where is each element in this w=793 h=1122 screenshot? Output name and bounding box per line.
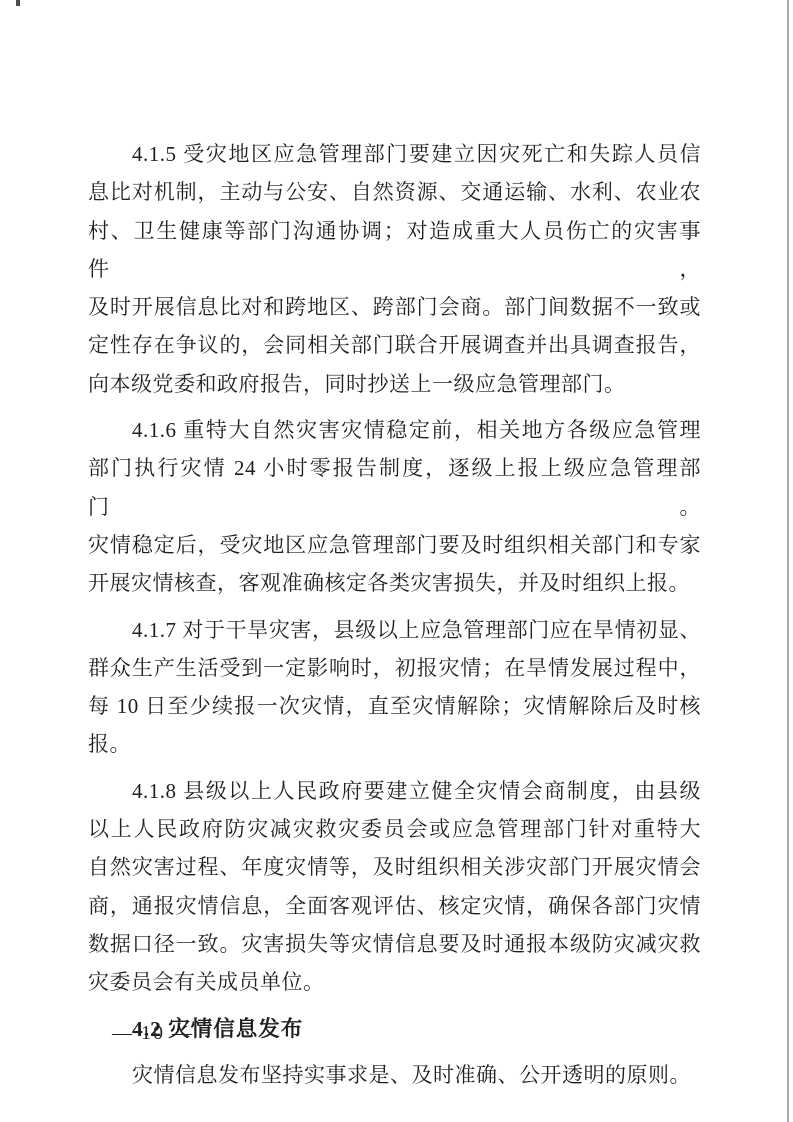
text-line: 数据口径一致。灾害损失等灾情信息要及时通报本级防灾减灾救	[88, 925, 701, 963]
text-line: 息比对机制，主动与公安、自然资源、交通运输、水利、农业农	[88, 173, 701, 211]
text-line: 群众生产生活受到一定影响时，初报灾情；在旱情发展过程中，	[88, 649, 701, 687]
text-line: 开展灾情核查，客观准确核定各类灾害损失，并及时组织上报。	[88, 564, 701, 602]
paragraph-4.1.6: 4.1.6 重特大自然灾害灾情稳定前，相关地方各级应急管理部门执行灾情 24 小…	[88, 411, 701, 602]
text-line: 部门执行灾情 24 小时零报告制度，逐级上报上级应急管理部门。	[88, 449, 701, 526]
text-line: 4.1.5 受灾地区应急管理部门要建立因灾死亡和失踪人员信	[88, 135, 701, 173]
paragraph-4.1.5: 4.1.5 受灾地区应急管理部门要建立因灾死亡和失踪人员信息比对机制，主动与公安…	[88, 135, 701, 403]
document-body: 4.1.5 受灾地区应急管理部门要建立因灾死亡和失踪人员信息比对机制，主动与公安…	[88, 135, 701, 1094]
paragraph-4.1.8: 4.1.8 县级以上人民政府要建立健全灾情会商制度，由县级以上人民政府防灾减灾救…	[88, 772, 701, 1002]
text-line: 4.1.7 对于干旱灾害，县级以上应急管理部门应在旱情初显、	[88, 611, 701, 649]
text-line: 定性存在争议的，会同相关部门联合开展调查并出具调查报告，	[88, 326, 701, 364]
text-line: 向本级党委和政府报告，同时抄送上一级应急管理部门。	[88, 365, 701, 403]
text-line: 报。	[88, 725, 701, 763]
text-line: 每 10 日至少续报一次灾情，直至灾情解除；灾情解除后及时核	[88, 687, 701, 725]
paragraph-4.1.7: 4.1.7 对于干旱灾害，县级以上应急管理部门应在旱情初显、群众生产生活受到一定…	[88, 611, 701, 764]
text-line: 以上人民政府防灾减灾救灾委员会或应急管理部门针对重特大	[88, 810, 701, 848]
text-line: 村、卫生健康等部门沟通协调；对造成重大人员伤亡的灾害事件，	[88, 212, 701, 289]
text-line: 灾情稳定后，受灾地区应急管理部门要及时组织相关部门和专家	[88, 526, 701, 564]
page-edge-scan-line	[787, 0, 789, 1122]
scan-artifact-mark	[16, 0, 20, 6]
paragraph-4.2-intro: 灾情信息发布坚持实事求是、及时准确、公开透明的原则。	[88, 1056, 701, 1094]
document-page: 4.1.5 受灾地区应急管理部门要建立因灾死亡和失踪人员信息比对机制，主动与公安…	[0, 0, 793, 1122]
text-line: 自然灾害过程、年度灾情等，及时组织相关涉灾部门开展灾情会	[88, 848, 701, 886]
text-line: 4.1.6 重特大自然灾害灾情稳定前，相关地方各级应急管理	[88, 411, 701, 449]
text-line: 4.1.8 县级以上人民政府要建立健全灾情会商制度，由县级	[88, 772, 701, 810]
page-number: — 10 —	[112, 1020, 194, 1046]
text-line: 商，通报灾情信息，全面客观评估、核定灾情，确保各部门灾情	[88, 887, 701, 925]
text-line: 灾情信息发布坚持实事求是、及时准确、公开透明的原则。	[88, 1056, 701, 1094]
text-line: 及时开展信息比对和跨地区、跨部门会商。部门间数据不一致或	[88, 288, 701, 326]
text-line: 灾委员会有关成员单位。	[88, 963, 701, 1001]
